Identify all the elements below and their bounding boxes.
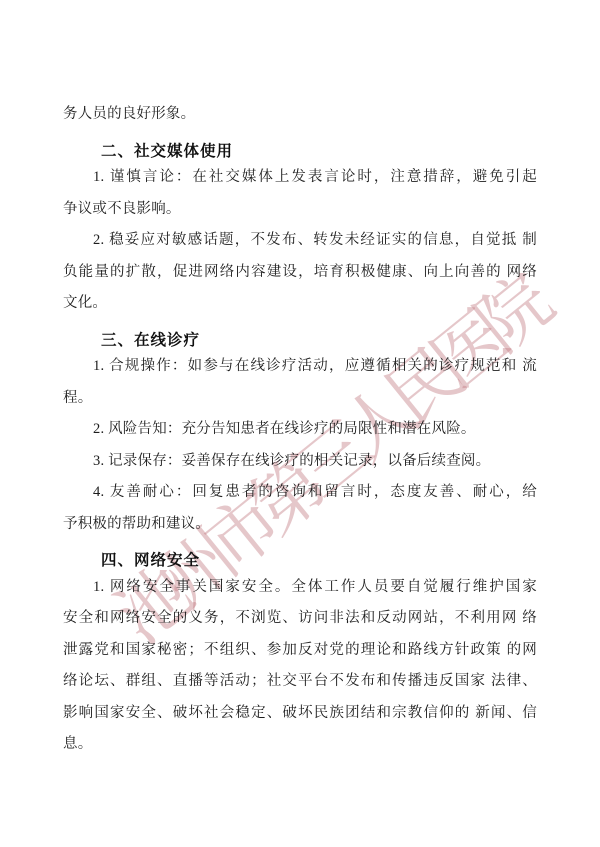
text-line: 3. 记录保存：妥善保存在线诊疗的相关记录，以备后续查阅。 xyxy=(63,446,537,478)
text-line: 影响国家安全、破坏社会稳定、破坏民族团结和宗教信仰的 新闻、信 xyxy=(63,698,537,730)
text-line: 泄露党和国家秘密；不组织、参加反对党的理论和路线方针政策 的网 xyxy=(63,635,537,667)
text-line: 负能量的扩散，促进网络内容建设，培育积极健康、向上向善的 网络 xyxy=(63,257,537,289)
text-line: 安全和网络安全的义务，不浏览、访问非法和反动网站，不利用网 络 xyxy=(63,603,537,635)
text-line: 2. 风险告知：充分告知患者在线诊疗的局限性和潜在风险。 xyxy=(63,414,537,446)
text-line: 2. 稳妥应对敏感话题，不发布、转发未经证实的信息，自觉抵 制 xyxy=(63,225,537,257)
text-line: 4. 友善耐心：回复患者的咨询和留言时，态度友善、耐心，给 xyxy=(63,477,537,509)
text-line: 文化。 xyxy=(63,288,537,320)
text-line: 络论坛、群组、直播等活动；社交平台不发布和传播违反国家 法律、 xyxy=(63,666,537,698)
text-line: 务人员的良好形象。 xyxy=(63,99,537,131)
section-heading: 二、社交媒体使用 xyxy=(63,136,537,168)
text-line: 争议或不良影响。 xyxy=(63,194,537,226)
document-page: 池州市第三人民医院 务人员的良好形象。二、社交媒体使用1. 谨慎言论：在社交媒体… xyxy=(0,0,600,847)
text-line: 程。 xyxy=(63,383,537,415)
section-heading: 三、在线诊疗 xyxy=(63,325,537,357)
document-content: 务人员的良好形象。二、社交媒体使用1. 谨慎言论：在社交媒体上发表言论时，注意措… xyxy=(63,99,537,761)
text-line: 予积极的帮助和建议。 xyxy=(63,509,537,541)
text-line: 息。 xyxy=(63,729,537,761)
section-heading: 四、网络安全 xyxy=(63,545,537,577)
